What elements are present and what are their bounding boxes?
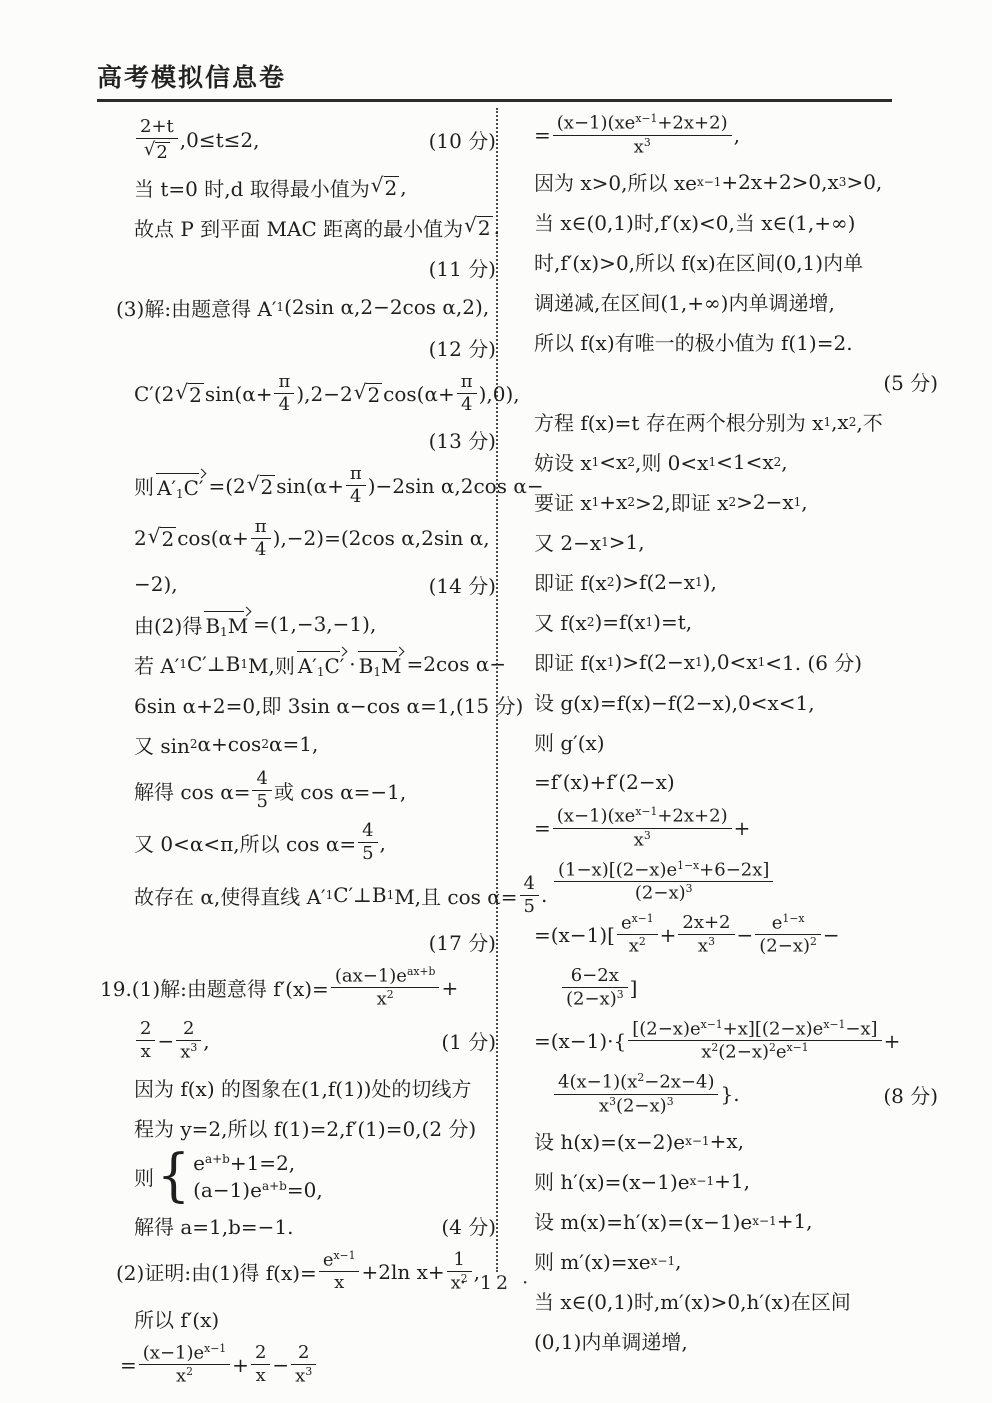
line-content: =(x−1)·{[(2−x)ex−1+x][(2−x)ex−1−x]x2(2−x… [534,1018,900,1064]
text-line: 设 m(x)=h′(x)=(x−1)ex−1+1, [534,1204,938,1237]
vector-arrow: A′1C′ [155,471,207,501]
superscript: x−1 [685,1134,709,1148]
line-content: 要证 x1+x2>2,即证 x2>2−x1, [534,487,808,516]
superscript: 2 [261,737,269,751]
line-content: 又 sin2α+cos2α=1, [134,730,318,759]
fraction-denominator: x2 [331,988,440,1010]
sqrt-radicand: 2 [188,383,204,406]
line-content: =(x−1)(xex−1+2x+2)x3+ [534,805,750,851]
superscript: 2 [639,935,646,948]
superscript: x−1 [823,1018,845,1031]
fraction: [(2−x)ex−1+x][(2−x)ex−1−x]x2(2−x)2ex−1 [628,1019,881,1063]
text-line: 设 g(x)=f(x)−f(2−x),0<x<1, [534,685,938,718]
fraction: 2+t2 [136,117,178,163]
fraction-numerator: 4(x−1)(x2−2x−4) [554,1072,718,1095]
text-line: 又 sin2α+cos2α=1, [100,728,496,761]
text-line: 又 2−x1>1, [534,525,938,558]
fraction-denominator: x3 [553,829,732,851]
text-line: 设 h(x)=(x−2)ex−1+x, [534,1124,938,1157]
sqrt-radicand: 2 [477,216,493,239]
text-line: 故点 P 到平面 MAC 距离的最小值为2. [100,211,496,244]
subscript: 1 [646,615,654,629]
fraction-denominator: x [251,1365,270,1386]
fraction: 2x [136,1019,155,1062]
subscript: 1 [176,487,184,501]
fraction-numerator: ex−1 [617,913,658,936]
text-line: =(x−1)ex−1x2+2x−2x3 [100,1342,496,1388]
subscript: 2 [774,455,782,469]
text-line: 6sin α+2=0,即 3sin α−cos α=1,(15 分) [100,688,496,721]
page-title: 高考模拟信息卷 [97,63,286,92]
sqrt-radicand: 2 [260,475,276,498]
line-content: 因为 f(x) 的图象在(1,f(1))处的切线方 [134,1073,471,1102]
fraction-numerator: e1−x [755,913,821,936]
line-content: C′(22sin(α+π4),2−22cos(α+π4),0), [134,371,520,416]
text-line: (13 分) [100,423,496,456]
superscript: 3 [190,1041,197,1054]
fraction-numerator: π [274,372,294,394]
superscript: 1−x [782,912,804,925]
superscript: x−1 [632,912,654,925]
fraction: ex−1x2 [617,913,658,957]
vector-arrow: B1M [203,609,252,639]
fraction-numerator: π [457,372,477,394]
line-content: (1−x)[(2−x)e1−x+6−2x](2−x)3 [552,859,775,905]
line-content: 6sin α+2=0,即 3sin α−cos α=1,(15 分) [134,690,523,719]
text-line: (17 分) [100,925,496,958]
vector-arrow: A′1C′ [296,649,348,679]
superscript: 2 [387,988,394,1001]
score-label: (10 分) [419,125,496,154]
line-content: 2x−2x3, [134,1018,210,1064]
text-line: (11 分) [100,251,496,284]
text-line: 方程 f(x)=t 存在两个根分别为 x1,x2,不 [534,405,938,438]
text-line: 则A′1C′=(22sin(α+π4)−2sin α,2cos α− [100,463,496,508]
superscript: 2 [769,1041,776,1054]
fraction-denominator: 2 [136,139,178,163]
subscript: 1 [708,455,716,469]
fraction-numerator: 6−2x [562,966,628,988]
fraction-denominator: 4 [457,394,477,415]
sqrt-radical: 2 [148,526,176,550]
fraction-numerator: [(2−x)ex−1+x][(2−x)ex−1−x] [628,1019,881,1042]
fraction-denominator: x3(2−x)3 [554,1095,718,1117]
superscript: 2 [711,1041,718,1054]
line-content: 设 g(x)=f(x)−f(2−x),0<x<1, [534,687,815,716]
score-label: (4 分) [431,1211,496,1240]
page-number: · 12 · [0,1272,992,1294]
subscript: 2 [728,495,736,509]
text-line: 又 f(x2)=f(x1)=t, [534,605,938,638]
fraction-denominator: x3 [291,1365,316,1387]
line-content: 所以 f′(x) [134,1304,219,1333]
superscript: 2 [186,1365,193,1378]
sqrt-radical: 2 [144,141,170,163]
text-line: 因为 f(x) 的图象在(1,f(1))处的切线方 [100,1071,496,1104]
superscript: a+b [205,1152,230,1166]
superscript: 3 [644,136,651,149]
superscript: x−1 [635,112,657,125]
text-line: −2),(14 分) [100,568,496,601]
subscript: 1 [179,657,187,671]
line-content: 2+t2,0≤t≤2, [134,116,260,164]
superscript: x−1 [787,1041,809,1054]
fraction-numerator: 2+t [136,117,178,139]
sqrt-radical: 2 [175,382,203,406]
sqrt-radical: 2 [247,474,275,498]
line-content: 调递减,在区间(1,+∞)内单调递增, [534,287,835,316]
superscript: 3 [644,829,651,842]
line-content: 妨设 x1<x2,则 0<x1<1<x2, [534,447,788,476]
line-content: −2), [134,572,178,596]
text-line: 4(x−1)(x2−2x−4)x3(2−x)3}.(8 分) [534,1071,938,1117]
fraction: 2x+2x3 [678,913,734,957]
fraction-numerator: 4 [252,769,271,791]
fraction: 6−2x(2−x)3 [562,966,628,1010]
superscript: 3 [305,1365,312,1378]
fraction-numerator: (x−1)(xex−1+2x+2) [553,113,732,136]
text-line: 当 t=0 时,d 取得最小值为2, [100,171,496,204]
score-label: (8 分) [873,1080,938,1109]
fraction: (x−1)ex−1x2 [139,1343,230,1387]
text-line: =f′(x)+f′(2−x) [534,765,938,798]
text-line: 时,f′(x)>0,所以 f(x)在区间(0,1)内单 [534,245,938,278]
score-label: (13 分) [419,425,496,454]
score-label: (12 分) [419,333,496,362]
text-line: 妨设 x1<x2,则 0<x1<1<x2, [534,445,938,478]
text-line: =(x−1)(xex−1+2x+2)x3, [534,112,938,158]
line-content: 若 A′1C′⊥B1M,则A′1C′ · B1M=2cos α− [134,649,506,679]
fraction-numerator: ex−1 [319,1250,360,1273]
superscript: 2 [637,1071,644,1084]
line-content: 故存在 α,使得直线 A′1C′⊥B1M,且 cos α=45. [134,873,547,918]
line-content: 即证 f(x1)>f(2−x1),0<x1<1. (6 分) [534,647,862,676]
left-brace: { [157,1152,190,1201]
fraction-denominator: x2(2−x)2ex−1 [628,1041,881,1063]
fraction-denominator: x2 [617,935,658,957]
sqrt-radicand: 2 [160,527,176,550]
subscript: 1 [601,535,609,549]
subscript: 1 [823,415,831,429]
fraction-numerator: (1−x)[(2−x)e1−x+6−2x] [554,860,773,883]
fraction-denominator: x3 [176,1041,201,1063]
subscript: 1 [695,575,703,589]
fraction-numerator: 2 [251,1343,270,1365]
text-line: 解得 a=1,b=−1.(4 分) [100,1209,496,1242]
line-content: 解得 a=1,b=−1. [134,1211,294,1240]
text-line: 则{ea+b+1=2,(a−1)ea+b=0, [100,1151,496,1202]
text-line: 解得 cos α=45或 cos α=−1, [100,768,496,813]
line-content: 19.(1)解:由题意得 f′(x)=(ax−1)eax+bx2+ [100,965,458,1011]
subscript: 1 [326,888,334,902]
superscript: x−1 [701,1018,723,1031]
subscript: 1 [276,300,284,314]
fraction-denominator: x3 [678,935,734,957]
fraction: π4 [251,517,271,560]
text-line: 所以 f′(x) [100,1302,496,1335]
text-line: 2x−2x3,(1 分) [100,1018,496,1064]
superscript: a+b [262,1179,287,1193]
text-line: 调递减,在区间(1,+∞)内单调递增, [534,285,938,318]
text-line: 要证 x1+x2>2,即证 x2>2−x1, [534,485,938,518]
superscript: 1−x [677,859,699,872]
subscript: 2 [627,455,635,469]
subscript: 2 [627,495,635,509]
text-line: 程为 y=2,所以 f(1)=2,f′(1)=0,(2 分) [100,1111,496,1144]
superscript: x−1 [333,1249,355,1262]
text-line: 若 A′1C′⊥B1M,则A′1C′ · B1M=2cos α− [100,648,496,681]
line-content: 时,f′(x)>0,所以 f(x)在区间(0,1)内单 [534,247,863,276]
sqrt-radicand: 2 [366,383,382,406]
text-line: 所以 f(x)有唯一的极小值为 f(1)=2. [534,325,938,358]
line-content: 解得 cos α=45或 cos α=−1, [134,768,406,813]
fraction: 2x [251,1343,270,1386]
score-label: (1 分) [431,1026,496,1055]
superscript: 3 [708,935,715,948]
text-line: 即证 f(x2)>f(2−x1), [534,565,938,598]
text-line: 6−2x(2−x)3] [534,965,938,1011]
fraction-denominator: 4 [274,394,294,415]
superscript: x−1 [690,1174,714,1188]
fraction-numerator: π [346,464,366,486]
text-line: 故存在 α,使得直线 A′1C′⊥B1M,且 cos α=45. [100,873,496,918]
line-content: =(x−1)[ex−1x2+2x+2x3−e1−x(2−x)2− [534,912,840,958]
page-header: 高考模拟信息卷 [97,58,892,102]
line-content: =(x−1)ex−1x2+2x−2x3 [120,1342,318,1388]
fraction: 45 [252,769,271,812]
text-line: =(x−1)(xex−1+2x+2)x3+ [534,805,938,851]
left-column: 2+t2,0≤t≤2,(10 分)当 t=0 时,d 取得最小值为2,故点 P … [100,116,496,1395]
fraction-numerator: 4 [358,821,377,843]
line-content: =(x−1)(xex−1+2x+2)x3, [534,112,740,158]
superscript: x−1 [697,175,721,189]
text-line: 又 0<α<π,所以 cos α=45, [100,820,496,865]
fraction: 2x3 [176,1019,201,1063]
subscript: 1 [240,657,248,671]
right-column: =(x−1)(xex−1+2x+2)x3,因为 x>0,所以 xex−1+2x+… [534,112,938,1364]
text-line: C′(22sin(α+π4),2−22cos(α+π4),0), [100,371,496,416]
fraction-denominator: x3 [553,136,732,158]
line-content: =f′(x)+f′(2−x) [534,770,675,794]
subscript: 1 [758,655,766,669]
superscript: x−1 [204,1342,226,1355]
fraction: π4 [457,372,477,415]
fraction: e1−x(2−x)2 [755,913,821,957]
vector-arrow: B1M [357,649,406,679]
fraction-denominator: (2−x)3 [554,882,773,904]
line-content: 又 f(x2)=f(x1)=t, [534,607,692,636]
text-line: (5 分) [534,365,938,398]
cases-row: ea+b+1=2, [193,1151,295,1175]
text-line: 因为 x>0,所以 xex−1+2x+2>0,x3>0, [534,165,938,198]
text-line: 22cos(α+π4),−2)=(2cos α,2sin α, [100,516,496,561]
superscript: 3 [839,175,847,189]
line-content: 因为 x>0,所以 xex−1+2x+2>0,x3>0, [534,167,882,196]
fraction: (ax−1)eax+bx2 [331,966,440,1010]
superscript: 3 [609,1095,616,1108]
text-line: 则 g′(x) [534,725,938,758]
fraction-numerator: (x−1)(xex−1+2x+2) [553,806,732,829]
fraction-numerator: 2 [176,1019,201,1041]
text-line: (3)解:由题意得 A′1(2sin α,2−2cos α,2), [100,291,496,324]
line-content: 4(x−1)(x2−2x−4)x3(2−x)3}. [552,1071,740,1117]
fraction: 4(x−1)(x2−2x−4)x3(2−x)3 [554,1072,718,1116]
line-content: 程为 y=2,所以 f(1)=2,f′(1)=0,(2 分) [134,1113,476,1142]
score-label: (11 分) [419,253,496,282]
fraction-numerator: 1 [447,1250,472,1272]
text-line: (12 分) [100,331,496,364]
fraction: π4 [346,464,366,507]
cases-row: (a−1)ea+b=0, [193,1178,323,1202]
subscript: 1 [220,625,228,639]
text-line: (0,1)内单调递增, [534,1324,938,1357]
line-content: 故点 P 到平面 MAC 距离的最小值为2. [134,213,500,242]
subscript: 2 [607,575,615,589]
fraction-denominator: 5 [358,843,377,864]
line-content: 6−2x(2−x)3] [560,965,637,1011]
fraction: (x−1)(xex−1+2x+2)x3 [553,113,732,157]
line-content: 则 g′(x) [534,727,605,756]
line-content: 设 m(x)=h′(x)=(x−1)ex−1+1, [534,1206,813,1235]
score-label: (17 分) [419,927,496,956]
line-content: 又 2−x1>1, [534,527,645,556]
text-line: =(x−1)·{[(2−x)ex−1+x][(2−x)ex−1−x]x2(2−x… [534,1018,938,1064]
text-line: =(x−1)[ex−1x2+2x+2x3−e1−x(2−x)2− [534,912,938,958]
text-line: (1−x)[(2−x)e1−x+6−2x](2−x)3 [534,859,938,905]
superscript: 3 [686,882,693,895]
fraction-numerator: (x−1)ex−1 [139,1343,230,1366]
superscript: ax+b [407,965,435,978]
line-content: 方程 f(x)=t 存在两个根分别为 x1,x2,不 [534,407,883,436]
line-content: 则 h′(x)=(x−1)ex−1+1, [534,1166,750,1195]
line-content: 所以 f(x)有唯一的极小值为 f(1)=2. [534,327,853,356]
superscript: x−1 [635,805,657,818]
superscript: x−1 [651,1254,675,1268]
sqrt-radicand: 2 [155,142,169,163]
line-content: 22cos(α+π4),−2)=(2cos α,2sin α, [134,516,490,561]
fraction-numerator: (ax−1)eax+b [331,966,440,989]
fraction-denominator: 4 [346,486,366,507]
cases-system: {ea+b+1=2,(a−1)ea+b=0, [157,1151,323,1202]
fraction-numerator: 2x+2 [678,913,734,935]
subscript: 2 [587,615,595,629]
fraction: (x−1)(xex−1+2x+2)x3 [553,806,732,850]
fraction: (1−x)[(2−x)e1−x+6−2x](2−x)3 [554,860,773,904]
line-content: 当 x∈(0,1)时,f′(x)<0,当 x∈(1,+∞) [534,207,855,236]
fraction-denominator: x2 [139,1365,230,1387]
text-line: 2+t2,0≤t≤2,(10 分) [100,116,496,164]
fraction: 2x3 [291,1343,316,1387]
fraction-denominator: 5 [252,791,271,812]
line-content: 当 t=0 时,d 取得最小值为2, [134,173,407,202]
subscript: 2 [849,415,857,429]
fraction-numerator: 2 [291,1343,316,1365]
subscript: 1 [387,888,395,902]
subscript: 1 [607,655,615,669]
line-content: 则A′1C′=(22sin(α+π4)−2sin α,2cos α− [134,463,544,508]
text-line: 19.(1)解:由题意得 f′(x)=(ax−1)eax+bx2+ [100,965,496,1011]
sqrt-radical: 2 [371,175,399,199]
fraction-numerator: π [251,517,271,539]
superscript: 2 [190,737,198,751]
text-line: 由(2)得B1M=(1,−3,−1), [100,608,496,641]
superscript: 3 [617,988,624,1001]
fraction-denominator: x [136,1041,155,1062]
subscript: 1 [592,455,600,469]
line-content: (3)解:由题意得 A′1(2sin α,2−2cos α,2), [116,293,489,322]
subscript: 1 [794,495,802,509]
sqrt-radicand: 2 [384,176,400,199]
line-content: 由(2)得B1M=(1,−3,−1), [134,609,376,639]
fraction: π4 [274,372,294,415]
text-line: 当 x∈(0,1)时,f′(x)<0,当 x∈(1,+∞) [534,205,938,238]
line-content: 即证 f(x2)>f(2−x1), [534,567,717,596]
fraction-denominator: 4 [251,539,271,560]
line-content: 又 0<α<π,所以 cos α=45, [134,820,386,865]
score-label: (14 分) [419,570,496,599]
cases-rows: ea+b+1=2,(a−1)ea+b=0, [193,1151,323,1202]
superscript: x−1 [752,1214,776,1228]
subscript: 1 [317,665,325,679]
subscript: 1 [373,665,381,679]
score-label: (5 分) [873,367,938,396]
superscript: 2 [810,935,817,948]
fraction-denominator: (2−x)3 [562,988,628,1010]
sqrt-radical: 2 [354,382,382,406]
line-content: 则{ea+b+1=2,(a−1)ea+b=0, [134,1151,323,1202]
fraction-denominator: (2−x)2 [755,935,821,957]
fraction-numerator: 2 [136,1019,155,1041]
text-line: 则 h′(x)=(x−1)ex−1+1, [534,1164,938,1197]
sqrt-radical: 2 [464,215,492,239]
superscript: 3 [667,1095,674,1108]
subscript: 1 [592,495,600,509]
text-line: 即证 f(x1)>f(2−x1),0<x1<1. (6 分) [534,645,938,678]
line-content: 则 m′(x)=xex−1, [534,1246,681,1275]
line-content: (0,1)内单调递增, [534,1326,688,1355]
fraction: 45 [358,821,377,864]
subscript: 1 [695,655,703,669]
line-content: 设 h(x)=(x−2)ex−1+x, [534,1126,744,1155]
